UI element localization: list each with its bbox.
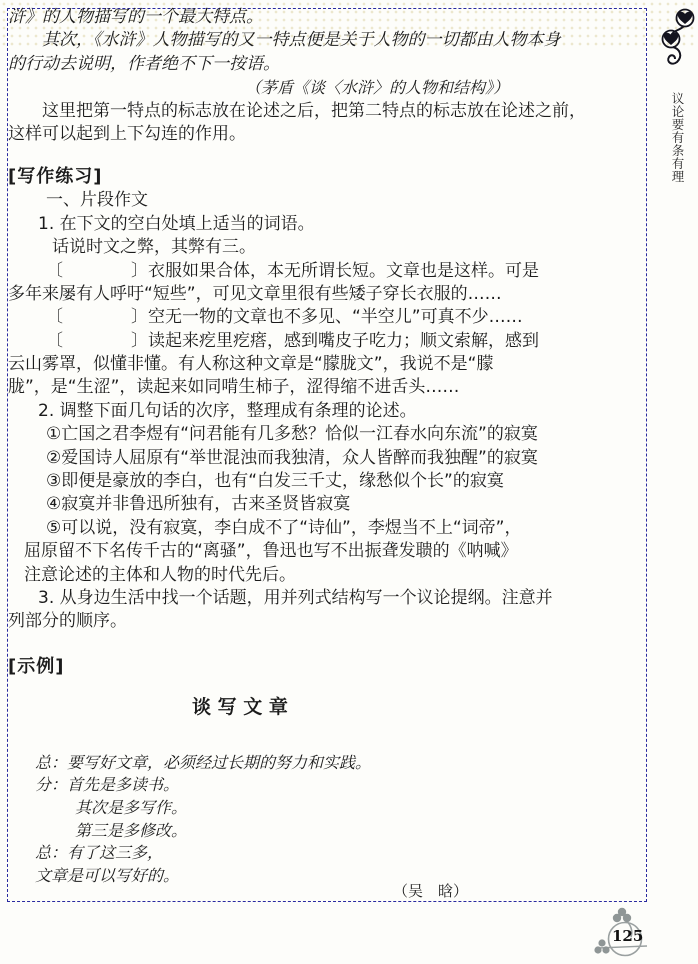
exercise-line: 一、片段作文 — [46, 189, 478, 212]
quote-citation: （茅盾《谈〈水浒〉的人物和结构》） — [245, 76, 478, 99]
exercise-line: ②爱国诗人屈原有“举世混浊而我独清，众人皆醉而我独醒”的寂寞 — [46, 447, 478, 470]
exercise-line: 〔 〕读起来疙里疙瘩，感到嘴皮子吃力；顺文索解，感到 — [46, 330, 478, 353]
exercise-line: 胧”，是“生涩”，读起来如同啃生柿子，涩得缩不进舌头…… — [8, 376, 478, 399]
exercise-line: 1. 在下文的空白处填上适当的词语。 — [38, 213, 478, 236]
exercise-line: ③即便是豪放的李白，也有“白发三千丈，缘愁似个长”的寂寞 — [46, 470, 478, 493]
chapter-sidebar-title: 议论要有条有理 — [668, 92, 686, 183]
outline-line: 其次是多写作。 — [75, 797, 478, 820]
floral-swirl-icon — [660, 8, 696, 74]
exercise-line: 〔 〕空无一物的文章也不多见、“半空儿”可真不少…… — [46, 306, 478, 329]
outline-line: 总：要写好文章，必须经过长期的努力和实践。 — [35, 752, 478, 775]
outline-line: 总：有了这三多， — [35, 842, 478, 865]
exercise-line: 云山雾罩，似懂非懂。有人称这种文章是“朦胧文”，我说不是“朦 — [8, 353, 478, 376]
exercise-line: 列部分的顺序。 — [8, 610, 478, 633]
exercise-line: 多年来屡有人呼吁“短些”，可见文章里很有些矮子穿长衣服的…… — [8, 283, 478, 306]
example-essay-title: 谈 写 文 章 — [192, 693, 478, 721]
exercise-line: 注意论述的主体和人物的时代先后。 — [24, 564, 478, 587]
exercise-line: ⑤可以说，没有寂寞，李白成不了“诗仙”，李煜当不上“词帝”， — [46, 517, 478, 540]
exercise-line: 〔 〕衣服如果合体，本无所谓长短。文章也是这样。可是 — [46, 260, 478, 283]
page-content: 浒》的人物描写的一个最大特点。 其次，《水浒》人物描写的又一特点便是关于人物的一… — [8, 6, 478, 887]
example-author: （吴 晗） — [393, 880, 468, 901]
exercise-line: ④寂寞并非鲁迅所独有，古来圣贤皆寂寞 — [46, 493, 478, 516]
commentary-line: 这样可以起到上下勾连的作用。 — [8, 123, 478, 146]
outline-line: 分：首先是多读书。 — [35, 774, 478, 797]
exercise-line: 3. 从身边生活中找一个话题，用并列式结构写一个议论提纲。注意并 — [38, 587, 478, 610]
outline-line: 第三是多修改。 — [75, 820, 478, 843]
quote-line: 浒》的人物描写的一个最大特点。 — [8, 6, 478, 29]
exercise-line: 屈原留不下名传千古的“离骚”，鲁迅也写不出振聋发聩的《呐喊》 — [24, 540, 478, 563]
exercise-line: ①亡国之君李煜有“问君能有几多愁？恰似一江春水向东流”的寂寞 — [46, 423, 478, 446]
quote-line: 其次，《水浒》人物描写的又一特点便是关于人物的一切都由人物本身 — [42, 29, 478, 52]
example-header: [示例] — [8, 655, 478, 679]
writing-practice-header: [写作练习] — [8, 165, 478, 189]
quote-line: 的行动去说明，作者绝不下一按语。 — [8, 53, 478, 76]
exercise-line: 2. 调整下面几句话的次序，整理成有条理的论述。 — [38, 400, 478, 423]
exercise-line: 话说时文之弊，其弊有三。 — [52, 236, 478, 259]
commentary-line: 这里把第一特点的标志放在论述之后，把第二特点的标志放在论述之前， — [42, 100, 478, 123]
essay-outline: 总：要写好文章，必须经过长期的努力和实践。 分：首先是多读书。 其次是多写作。 … — [8, 752, 478, 888]
page-number: 125 — [612, 927, 643, 945]
